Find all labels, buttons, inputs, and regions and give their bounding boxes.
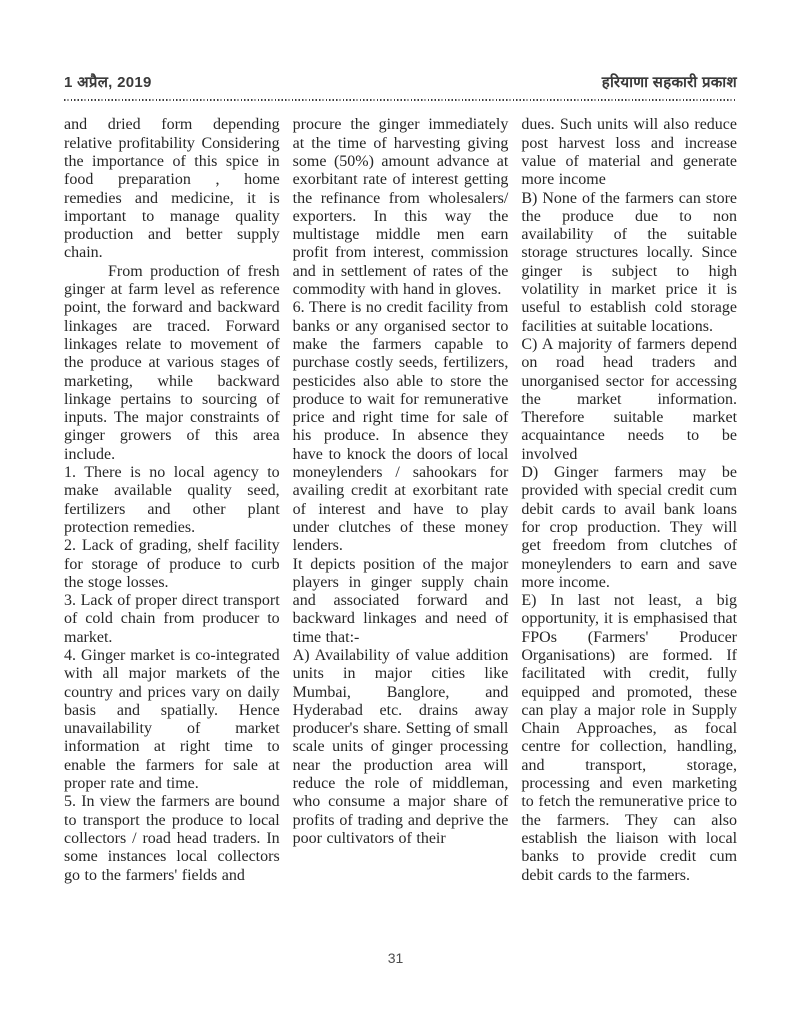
paragraph: It depicts position of the major players…	[293, 556, 509, 647]
page-header: 1 अप्रैल, 2019 हरियाणा सहकारी प्रकाश	[64, 72, 737, 92]
paragraph: D) Ginger farmers may be provided with s…	[521, 464, 737, 592]
page-number: 31	[388, 950, 404, 966]
header-divider	[64, 99, 737, 101]
paragraph: B) None of the farmers can store the pro…	[521, 190, 737, 336]
text-column: dues. Such units will also reduce post h…	[521, 116, 737, 884]
publication-title: हरियाणा सहकारी प्रकाश	[602, 72, 737, 92]
text-column: procure the ginger immediately at the ti…	[293, 116, 509, 884]
text-column: and dried form depending relative profit…	[64, 116, 280, 884]
paragraph: dues. Such units will also reduce post h…	[521, 116, 737, 189]
paragraph: and dried form depending relative profit…	[64, 116, 280, 262]
paragraph: E) In last not least, a big opportunity,…	[521, 592, 737, 885]
paragraph: 2. Lack of grading, shelf facility for s…	[64, 537, 280, 592]
paragraph: 4. Ginger market is co-integrated with a…	[64, 647, 280, 793]
issue-date: 1 अप्रैल, 2019	[64, 72, 152, 92]
article-columns: and dried form depending relative profit…	[64, 116, 737, 884]
paragraph: 5. In view the farmers are bound to tran…	[64, 793, 280, 884]
paragraph: 3. Lack of proper direct transport of co…	[64, 592, 280, 647]
paragraph: C) A majority of farmers depend on road …	[521, 336, 737, 464]
paragraph: From production of fresh ginger at farm …	[64, 263, 280, 464]
magazine-page: 1 अप्रैल, 2019 हरियाणा सहकारी प्रकाश and…	[0, 0, 791, 1024]
paragraph: A) Availability of value addition units …	[293, 647, 509, 848]
page-footer: 31	[0, 950, 791, 966]
paragraph: 6. There is no credit facility from bank…	[293, 299, 509, 555]
paragraph: procure the ginger immediately at the ti…	[293, 116, 509, 299]
paragraph: 1. There is no local agency to make avai…	[64, 464, 280, 537]
